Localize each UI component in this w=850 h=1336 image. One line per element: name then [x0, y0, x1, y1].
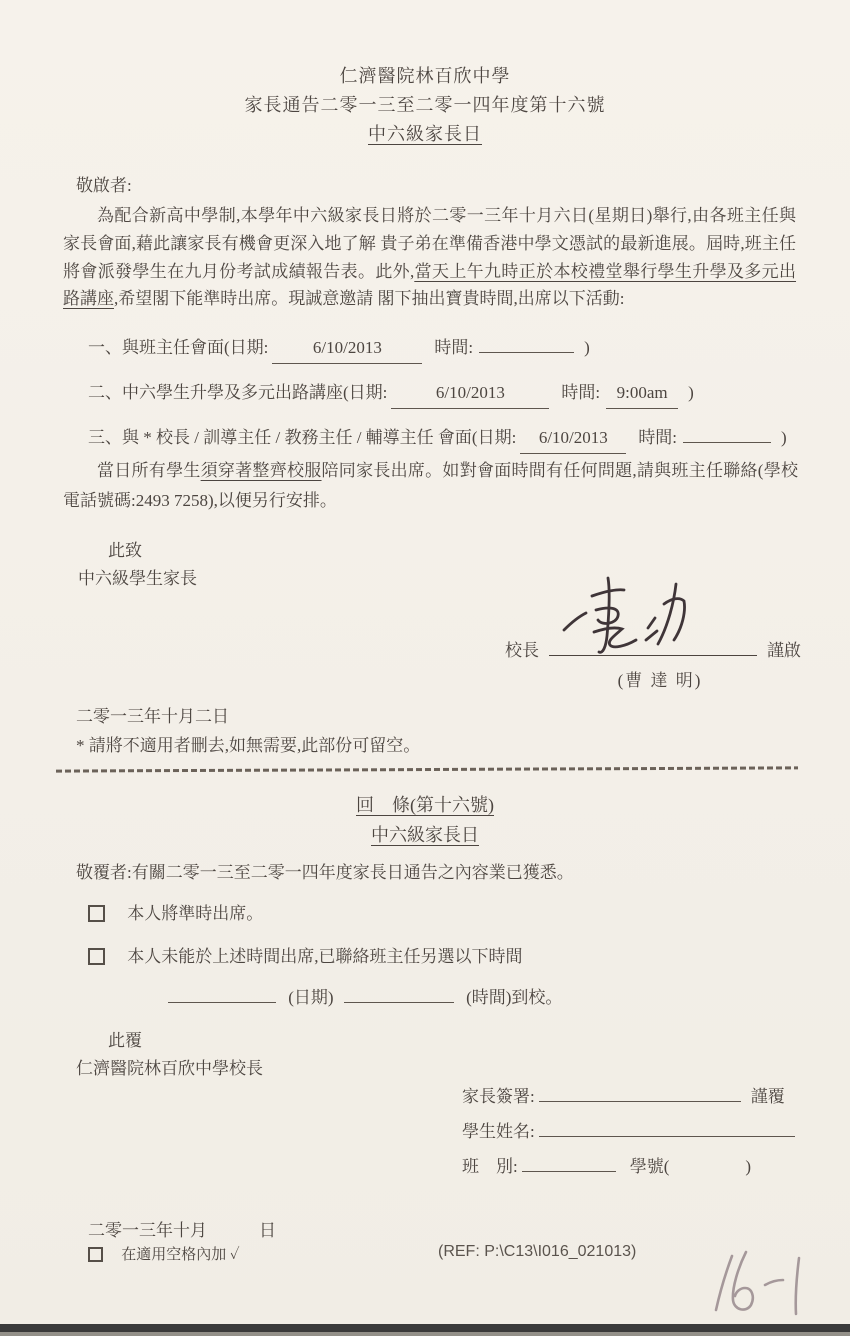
- cannot-attend-option-label: 本人未能於上述時間出席,已聯絡班主任另選以下時間: [127, 947, 522, 966]
- activity-2-label: 二、中六學生升學及多元出路講座(日期:: [88, 383, 387, 402]
- reply-option-1: 本人將準時出席。: [88, 899, 263, 924]
- parent-signature-label: 家長簽署:: [462, 1087, 535, 1106]
- activity-3-time-label: 時間:: [638, 428, 677, 447]
- activity-3-label: 三、與 * 校長 / 訓導主任 / 教務主任 / 輔導主任 會面(日期:: [88, 428, 516, 447]
- student-name-label: 學生姓名:: [462, 1122, 535, 1141]
- alt-date-label: (日期): [288, 988, 333, 1007]
- activity-1-close: ): [584, 338, 590, 357]
- letter-addressee: 中六級學生家長: [78, 564, 197, 589]
- reply-slip-title: 回 條(第十六號): [356, 795, 494, 815]
- scanned-notice-page: 仁濟醫院林百欣中學 家長通告二零一三至二零一四年度第十六號 中六級家長日 敬啟者…: [0, 0, 850, 1336]
- reply-slip-subject: 中六級家長日: [371, 825, 479, 845]
- student-name-row: 學生姓名:: [462, 1119, 795, 1144]
- activity-2-time-label: 時間:: [561, 383, 600, 402]
- student-no-label: 學號(: [630, 1157, 670, 1176]
- class-field[interactable]: [522, 1154, 616, 1172]
- activity-2-close: ): [688, 383, 694, 402]
- paragraph-1-text-b: ,希望閣下能準時出席。現誠意邀請 閣下抽出寶貴時間,出席以下活動:: [114, 289, 624, 308]
- cut-separator-line: [56, 766, 798, 772]
- activity-1-label: 一、與班主任會面(日期:: [88, 338, 268, 357]
- letter-header: 仁濟醫院林百欣中學 家長通告二零一三至二零一四年度第十六號 中六級家長日: [0, 62, 850, 149]
- letter-closing: 此致: [108, 536, 142, 561]
- school-name: 仁濟醫院林百欣中學: [0, 62, 850, 91]
- activities-list: 一、與班主任會面(日期:6/10/2013時間:) 二、中六學生升學及多元出路講…: [88, 334, 787, 469]
- alternative-datetime-row: (日期) (時間)到校。: [168, 983, 562, 1008]
- activity-2-date-field[interactable]: 6/10/2013: [391, 379, 549, 409]
- attend-checkbox[interactable]: [88, 905, 105, 922]
- activity-item-3: 三、與 * 校長 / 訓導主任 / 教務主任 / 輔導主任 會面(日期:6/10…: [88, 424, 787, 454]
- activity-item-2: 二、中六學生升學及多元出路講座(日期:6/10/2013時間:9:00am): [88, 379, 787, 409]
- principal-signature: [552, 570, 712, 662]
- alt-time-label: (時間)到校。: [466, 988, 562, 1007]
- paragraph-2: 當日所有學生須穿著整齊校服陪同家長出席。如對會面時間有任何問題,請與班主任聯絡(…: [63, 456, 798, 515]
- scan-edge-light-strip: [0, 1332, 850, 1336]
- scan-edge-dark-strip: [0, 1324, 850, 1332]
- notice-subject: 中六級家長日: [368, 124, 482, 144]
- activity-1-date-field[interactable]: 6/10/2013: [272, 334, 422, 364]
- activity-3-close: ): [781, 428, 787, 447]
- paragraph-2-text-a: 當日所有學生: [97, 461, 201, 480]
- letter-footnote: * 請將不適用者刪去,如無需要,此部份可留空。: [76, 731, 420, 756]
- alt-date-field[interactable]: [168, 985, 276, 1003]
- signer-name: (曹 達 明): [556, 666, 764, 691]
- reply-slip-header: 回 條(第十六號) 中六級家長日: [0, 790, 850, 850]
- parent-signature-row: 家長簽署:謹覆: [462, 1084, 785, 1109]
- activity-3-date-field[interactable]: 6/10/2013: [520, 424, 626, 454]
- tick-note-checkbox[interactable]: [88, 1247, 103, 1262]
- reply-date-row: 二零一三年十月日: [88, 1216, 276, 1241]
- student-no-close: ): [745, 1157, 751, 1176]
- reply-addressee: 仁濟醫院林百欣中學校長: [76, 1054, 263, 1079]
- activity-2-time-field[interactable]: 9:00am: [606, 379, 678, 409]
- activity-item-1: 一、與班主任會面(日期:6/10/2013時間:): [88, 334, 787, 364]
- reply-option-2: 本人未能於上述時間出席,已聯絡班主任另選以下時間: [88, 942, 523, 967]
- tick-note-label: 在適用空格內加 ✓: [121, 1247, 239, 1263]
- activity-1-time-field[interactable]: [479, 335, 574, 353]
- paragraph-2-underlined: 須穿著整齊校服: [201, 461, 322, 480]
- class-row: 班 別:學號(): [462, 1154, 751, 1179]
- paragraph-1: 為配合新高中學制,本學年中六級家長日將於二零一三年十月六日(星期日)舉行,由各班…: [63, 202, 796, 313]
- reply-closing: 此覆: [108, 1026, 142, 1051]
- reply-intro: 敬覆者:有關二零一三至二零一四年度家長日通告之內容業已獲悉。: [76, 858, 574, 883]
- handwritten-page-number: [702, 1246, 827, 1328]
- salutation: 敬啟者:: [76, 171, 132, 196]
- class-label: 班 別:: [462, 1157, 518, 1176]
- parent-signature-suffix: 謹覆: [751, 1087, 785, 1106]
- signer-title: 校長: [505, 641, 539, 660]
- cannot-attend-checkbox[interactable]: [88, 948, 105, 965]
- reply-date-prefix: 二零一三年十月: [88, 1221, 207, 1240]
- letter-date: 二零一三年十月二日: [76, 702, 229, 727]
- tick-note-row: 在適用空格內加 ✓: [88, 1243, 240, 1264]
- reply-date-suffix: 日: [259, 1221, 276, 1240]
- alt-time-field[interactable]: [344, 985, 454, 1003]
- signer-suffix: 謹啟: [767, 641, 801, 660]
- reference-code: (REF: P:\C13\I016_021013): [438, 1243, 636, 1261]
- activity-3-time-field[interactable]: [683, 425, 771, 443]
- activity-1-time-label: 時間:: [434, 338, 473, 357]
- student-name-field[interactable]: [539, 1119, 795, 1137]
- parent-signature-field[interactable]: [539, 1084, 741, 1102]
- notice-title: 家長通告二零一三至二零一四年度第十六號: [0, 91, 850, 120]
- attend-option-label: 本人將準時出席。: [127, 904, 263, 923]
